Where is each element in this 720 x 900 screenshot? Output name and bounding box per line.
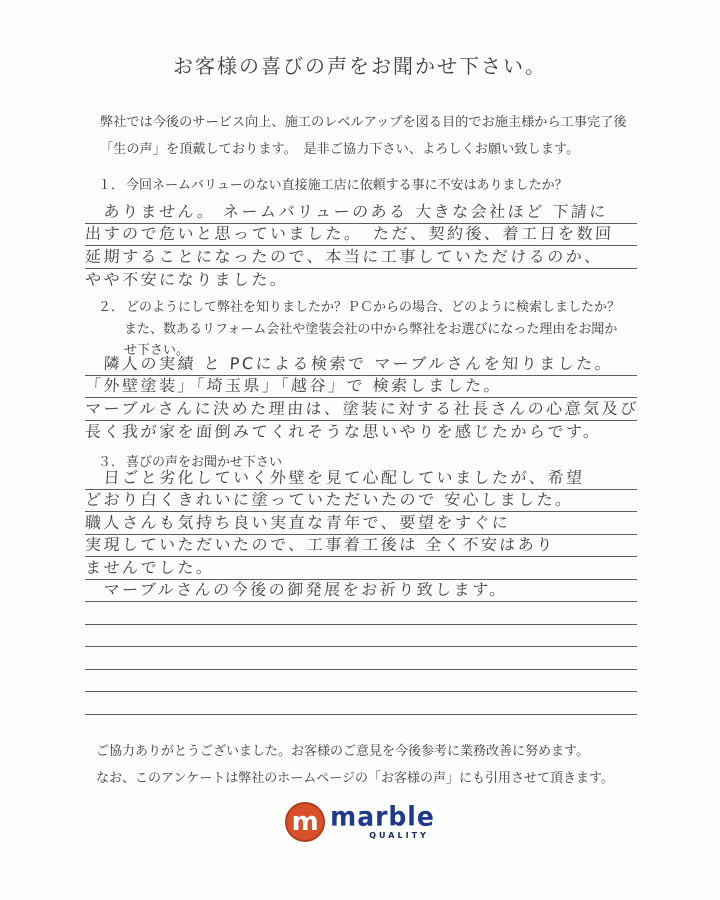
logo-tagline: QUALITY bbox=[369, 831, 429, 840]
blank-answer-line bbox=[85, 692, 637, 715]
question-2-answers: 隣人の実績 と PCによる検索で マーブルさんを知りました。 「外壁塗装」「埼玉… bbox=[85, 353, 637, 443]
footer-note: ご協力ありがとうございました。お客様のご意見を今後参考に業務改善に努めます。 な… bbox=[96, 738, 641, 791]
handwritten-answer-line: マーブルさんに決めた理由は、塗装に対する社長さんの心意気及び bbox=[85, 398, 637, 421]
question-3-answers: 日ごと劣化していく外壁を見て心配していましたが、希望 どおり白くきれいに塗ってい… bbox=[85, 467, 637, 715]
handwritten-answer-line: 隣人の実績 と PCによる検索で マーブルさんを知りました。 bbox=[85, 353, 637, 376]
question-2-prompt: ２．どのようにして弊社を知りましたか？ＰＣからの場合、どのように検索しましたか？… bbox=[98, 296, 643, 361]
prompt-line: １．今回ネームバリューのない直接施工店に依頼する事に不安はありましたか？ bbox=[98, 174, 643, 196]
page-title: お客様の喜びの声をお聞かせ下さい。 bbox=[0, 50, 720, 79]
footer-line: ご協力ありがとうございました。お客様のご意見を今後参考に業務改善に努めます。 bbox=[96, 738, 641, 765]
question-number: ２． bbox=[98, 299, 126, 314]
intro-line: 「生の声」を頂戴しております。 是非ご協力下さい、よろしくお願い致します。 bbox=[100, 135, 640, 162]
handwritten-answer-line: ませんでした。 bbox=[85, 557, 637, 580]
footer-line: なお、このアンケートは弊社のホームページの「お客様の声」にも引用させて頂きます。 bbox=[96, 765, 641, 792]
handwritten-answer-line: 延期することになったので、本当に工事していただけるのか、 bbox=[85, 246, 637, 269]
blank-answer-line bbox=[85, 647, 637, 670]
handwritten-answer-line: 「外壁塗装」「埼玉県」「越谷」で 検索しました。 bbox=[85, 376, 637, 399]
intro-paragraph: 弊社では今後のサービス向上、施工のレベルアップを図る目的でお施主様から工事完了後… bbox=[100, 108, 640, 162]
marble-logo: m marble QUALITY bbox=[0, 802, 720, 842]
blank-answer-line bbox=[85, 602, 637, 625]
handwritten-answer-line: どおり白くきれいに塗っていただいたので 安心しました。 bbox=[85, 490, 637, 513]
handwritten-answer-line: 実現していただいたので、工事着工後は 全く不安はあり bbox=[85, 535, 637, 558]
handwritten-answer-line: マーブルさんの今後の御発展をお祈り致します。 bbox=[85, 580, 637, 603]
question-number: １． bbox=[98, 177, 126, 192]
logo-mark-icon: m bbox=[285, 802, 325, 842]
prompt-line: また、数あるリフォーム会社や塗装会社の中から弊社をお選びになった理由をお聞か bbox=[98, 318, 643, 340]
handwritten-answer-line: ありません。 ネームバリューのある 大きな会社ほど 下請に bbox=[85, 201, 637, 224]
blank-answer-line bbox=[85, 670, 637, 693]
handwritten-answer-line: 職人さんも気持ち良い実直な青年で、要望をすぐに bbox=[85, 512, 637, 535]
intro-line: 弊社では今後のサービス向上、施工のレベルアップを図る目的でお施主様から工事完了後 bbox=[100, 108, 640, 135]
question-1-answers: ありません。 ネームバリューのある 大きな会社ほど 下請に 出すので危いと思って… bbox=[85, 201, 637, 291]
logo-wordmark: marble bbox=[330, 804, 435, 829]
scanned-questionnaire-page: お客様の喜びの声をお聞かせ下さい。 弊社では今後のサービス向上、施工のレベルアッ… bbox=[0, 0, 720, 900]
handwritten-answer-line: やや不安になりました。 bbox=[85, 269, 637, 292]
question-1-prompt: １．今回ネームバリューのない直接施工店に依頼する事に不安はありましたか？ bbox=[98, 174, 643, 196]
handwritten-answer-line: 長く我が家を面倒みてくれそうな思いやりを感じたからです。 bbox=[85, 421, 637, 444]
blank-answer-line bbox=[85, 625, 637, 648]
prompt-line: ２．どのようにして弊社を知りましたか？ＰＣからの場合、どのように検索しましたか？ bbox=[98, 296, 643, 318]
handwritten-answer-line: 出すので危いと思っていました。 ただ、契約後、着工日を数回 bbox=[85, 224, 637, 247]
handwritten-answer-line: 日ごと劣化していく外壁を見て心配していましたが、希望 bbox=[85, 467, 637, 490]
